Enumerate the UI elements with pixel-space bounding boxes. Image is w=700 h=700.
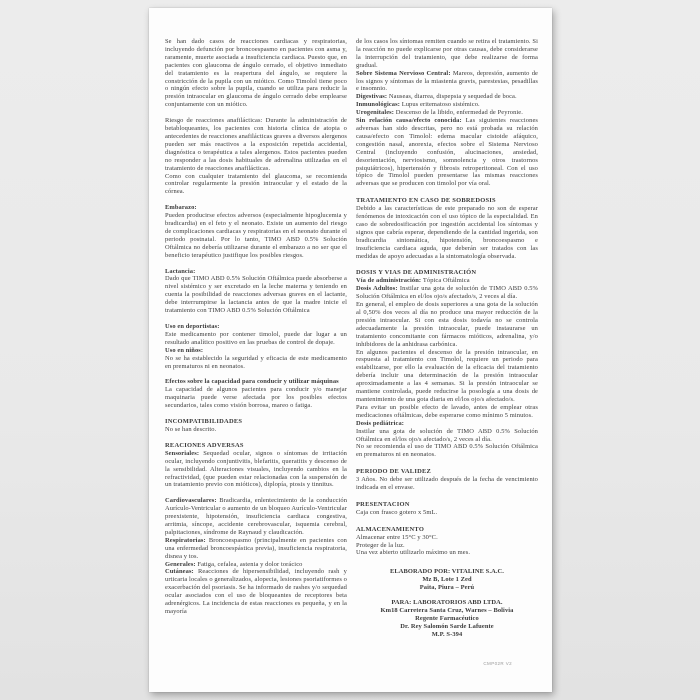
manufacturer-line: Regente Farmacéutico <box>356 615 538 623</box>
paragraph: Debido a las características de este pre… <box>356 205 538 260</box>
paragraph: Para evitar un posible efecto de lavado,… <box>356 404 538 420</box>
paragraph-label: Inmunológicas: <box>356 101 402 108</box>
manufacturer-line: Km18 Carretera Santa Cruz, Warnes – Boli… <box>356 607 538 615</box>
spacer <box>356 557 538 566</box>
manufacturer-line: ELABORADO POR: VITALINE S.A.C. <box>356 568 538 576</box>
paragraph-label: Generales: <box>165 561 197 568</box>
paragraph: Urogenitales: Descenso de la libido, enf… <box>356 109 538 117</box>
text-column-left: Se han dado casos de reacciones cardiaca… <box>165 38 347 668</box>
paragraph: 3 Años. No debe ser utilizado después de… <box>356 476 538 492</box>
paragraph: Cutáneas: Reacciones de hipersensibilida… <box>165 568 347 615</box>
print-code: CMP02R V2 <box>483 661 512 666</box>
sub-heading: Dosis pediátrica: <box>356 420 538 428</box>
manufacturer-line: PARA: LABORATORIOS ABD LTDA. <box>356 599 538 607</box>
paragraph-label: Urogenitales: <box>356 109 396 116</box>
paragraph: Almacenar entre 15°C y 30°C. <box>356 534 538 542</box>
paragraph-label: Respiratorias: <box>165 537 209 544</box>
section-heading: PERIODO DE VALIDEZ <box>356 468 538 476</box>
paragraph: Este medicamento por contener timolol, p… <box>165 331 347 347</box>
paragraph: Generales: Fatiga, cefalea, astenia y do… <box>165 561 347 569</box>
paragraph-label: Sensoriales: <box>165 450 203 457</box>
section-heading: INCOMPATIBILIDADES <box>165 418 347 426</box>
paragraph-label: Vía de administración: <box>356 277 423 284</box>
spacer <box>165 315 347 323</box>
section-heading: PRESENTACION <box>356 501 538 509</box>
paragraph: En general, el empleo de dosis superiore… <box>356 301 538 348</box>
paragraph: La capacidad de algunos pacientes para c… <box>165 386 347 410</box>
spacer <box>165 260 347 268</box>
paragraph-label: Sobre Sistema Nervioso Central: <box>356 70 453 77</box>
paragraph: Pueden producirse efectos adversos (espe… <box>165 212 347 259</box>
spacer <box>165 489 347 497</box>
paragraph: Cardiovasculares: Bradicardia, enlenteci… <box>165 497 347 537</box>
section-heading: ALMACENAMIENTO <box>356 526 538 534</box>
paragraph: En algunos pacientes el descenso de la p… <box>356 349 538 404</box>
spacer <box>356 517 538 526</box>
manufacturer-line: Mz B, Lote 1 Zed <box>356 576 538 584</box>
paragraph-label: Dosis Adultos: <box>356 285 400 292</box>
manufacturer-block: ELABORADO POR: VITALINE S.A.C.Mz B, Lote… <box>356 568 538 638</box>
paragraph: Riesgo de reacciones anafilácticas: Dura… <box>165 117 347 172</box>
paragraph: Sensoriales: Sequedad ocular, signos o s… <box>165 450 347 490</box>
sub-heading: Efectos sobre la capacidad para conducir… <box>165 378 347 386</box>
paragraph: Instilar una gota de solución de TIMO AB… <box>356 428 538 444</box>
paragraph: No se ha establecido la seguridad y efic… <box>165 355 347 371</box>
paragraph: Inmunológicas: Lupus eritematoso sistémi… <box>356 101 538 109</box>
paragraph-label: Digestivas: <box>356 93 389 100</box>
spacer <box>356 492 538 501</box>
paragraph: Vía de administración: Tópica Oftálmica <box>356 277 538 285</box>
spacer <box>165 370 347 378</box>
paragraph: Sobre Sistema Nervioso Central: Mareos, … <box>356 70 538 94</box>
paragraph: Respiratorias: Broncoespasmo (principalm… <box>165 537 347 561</box>
section-heading: TRATAMIENTO EN CASO DE SOBREDOSIS <box>356 197 538 205</box>
section-heading: DOSIS Y VIAS DE ADMINISTRACIÓN <box>356 269 538 277</box>
paragraph: Sin relación causa/efecto conocida: Las … <box>356 117 538 188</box>
spacer <box>165 109 347 117</box>
paragraph: Caja con frasco gotero x 5mL. <box>356 509 538 517</box>
manufacturer-line: Dr. Rey Salomón Sarde Lafuente <box>356 623 538 631</box>
spacer <box>356 188 538 197</box>
sub-heading: Lactancia: <box>165 268 347 276</box>
paragraph: Dosis Adultos: Instilar una gota de solu… <box>356 285 538 301</box>
paragraph: de los casos los síntomas remiten cuando… <box>356 38 538 70</box>
manufacturer-line: M.P. S-394 <box>356 631 538 639</box>
sub-heading: Uso en deportistas: <box>165 323 347 331</box>
paragraph-label: Cardiovasculares: <box>165 497 219 504</box>
sub-heading: Uso en niños: <box>165 347 347 355</box>
spacer <box>165 410 347 418</box>
leaflet-page: Se han dado casos de reacciones cardiaca… <box>149 8 552 692</box>
sub-heading: Embarazo: <box>165 204 347 212</box>
leaflet-columns: Se han dado casos de reacciones cardiaca… <box>165 38 538 668</box>
manufacturer-line <box>356 592 538 599</box>
spacer <box>165 434 347 442</box>
manufacturer-line: Paita, Piura – Perú <box>356 584 538 592</box>
paragraph: Proteger de la luz. <box>356 542 538 550</box>
paragraph: Se han dado casos de reacciones cardiaca… <box>165 38 347 109</box>
paragraph: Dado que TIMO ABD 0.5% Solución Oftálmic… <box>165 275 347 315</box>
paragraph-label: Cutáneas: <box>165 568 198 575</box>
spacer <box>356 459 538 468</box>
text-column-right: de los casos los síntomas remiten cuando… <box>356 38 538 668</box>
spacer <box>165 196 347 204</box>
paragraph: No se han descrito. <box>165 426 347 434</box>
page-background: { "page": { "background_color": "#e9e9e9… <box>0 0 700 700</box>
paragraph-label: Sin relación causa/efecto conocida: <box>356 117 466 124</box>
paragraph: No se recomienda el uso de TIMO ABD 0.5%… <box>356 443 538 459</box>
paragraph: Una vez abierto utilizarlo máximo un mes… <box>356 549 538 557</box>
paragraph: Como con cualquier tratamiento del glauc… <box>165 173 347 197</box>
paragraph: Digestivas: Nauseas, diarrea, dispepsia … <box>356 93 538 101</box>
section-heading: REACIONES ADVERSAS <box>165 442 347 450</box>
